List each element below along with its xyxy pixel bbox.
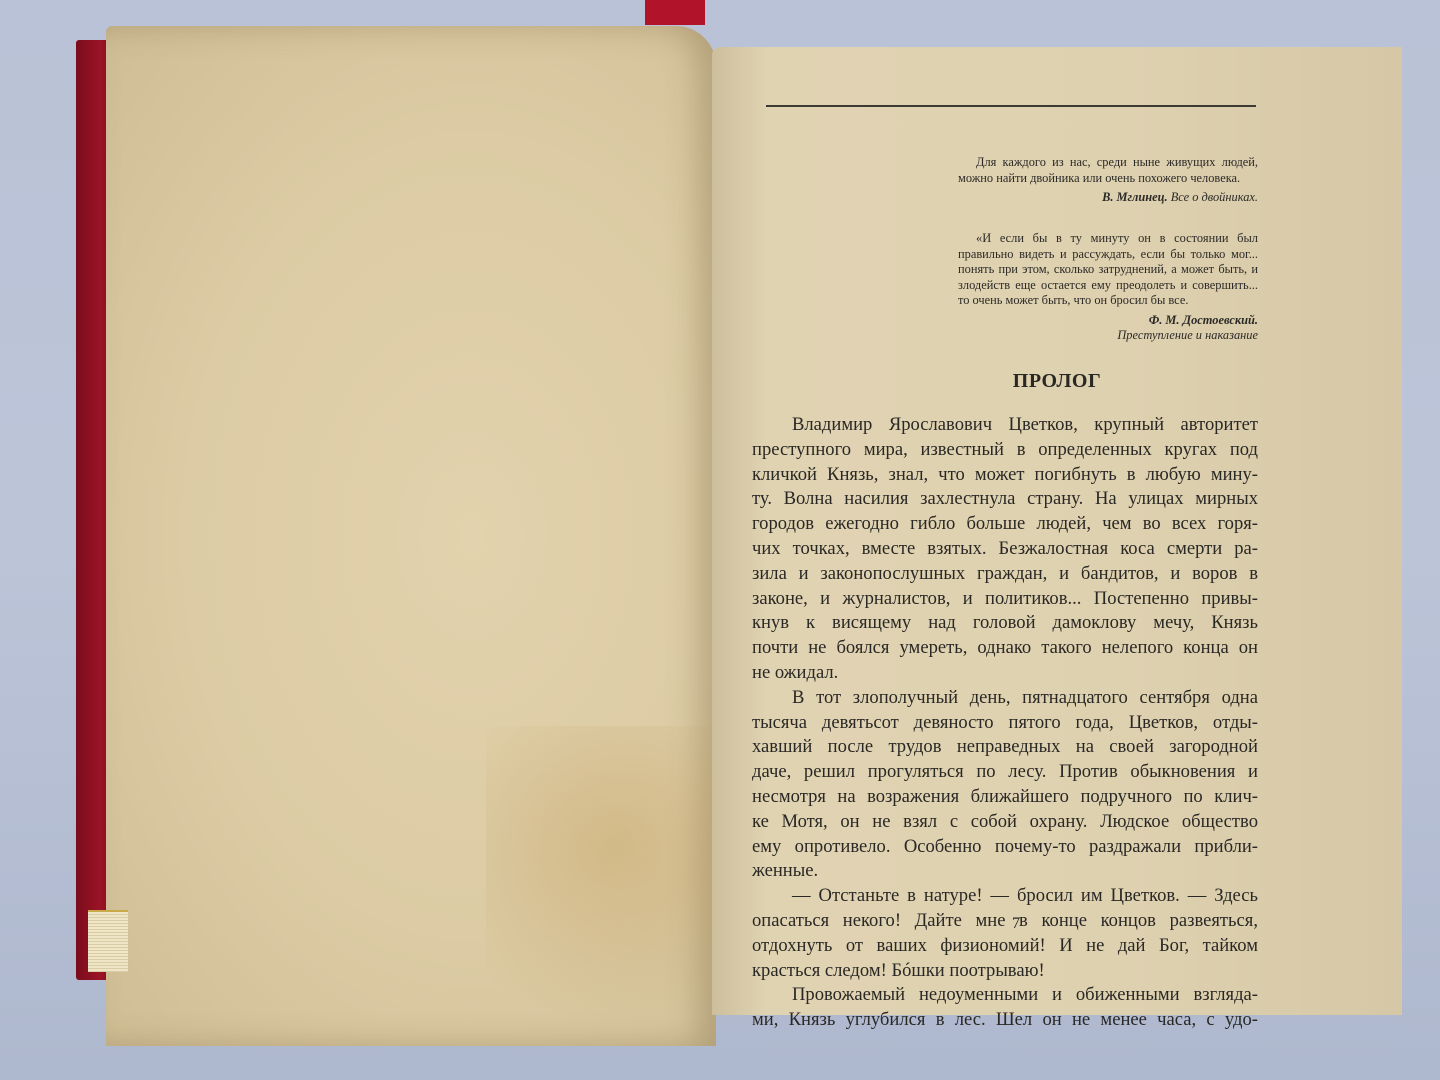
text-line: опасаться некого! Дайте мне в конце конц… (752, 909, 1258, 934)
text-line: не ожидал. (752, 661, 1258, 686)
left-page (106, 26, 716, 1046)
text-line: отдохнуть от ваших физиономий! И не дай … (752, 934, 1258, 959)
epigraph-1: Для каждого из нас, среди ныне живущих л… (958, 155, 1258, 206)
page-number: 7 (1012, 915, 1020, 933)
header-rule (766, 105, 1256, 107)
text-line: хавший после трудов неправедных на своей… (752, 735, 1258, 760)
text-line: ту. Волна насилия захлестнула страну. На… (752, 487, 1258, 512)
text-line: ми, Князь углубился в лес. Шел он не мен… (752, 1008, 1258, 1033)
text-line: В тот злополучный день, пятнадцатого сен… (752, 686, 1258, 711)
text-line: преступного мира, известный в определенн… (752, 438, 1258, 463)
epigraph-author: В. Мглинец. (1102, 190, 1168, 204)
epigraph-source: Все о двойниках. (1171, 190, 1258, 204)
page-edges (88, 910, 128, 972)
right-page: Для каждого из нас, среди ныне живущих л… (712, 47, 1402, 1015)
body-text: Владимир Ярославович Цветков, крупный ав… (752, 413, 1258, 1033)
text-line: тысяча девятьсот девяносто пятого года, … (752, 711, 1258, 736)
text-line: Провожаемый недоуменными и обиженными вз… (752, 983, 1258, 1008)
text-line: законе, и журналистов, и политиков... По… (752, 587, 1258, 612)
text-line: чих точках, вместе взятых. Безжалостная … (752, 537, 1258, 562)
text-line: зила и законопослушных граждан, и бандит… (752, 562, 1258, 587)
text-line: ему опротивело. Особенно почему-то раздр… (752, 835, 1258, 860)
epigraph-2: «И если бы в ту минуту он в состоянии бы… (958, 231, 1258, 344)
epigraph-attribution: В. Мглинец. Все о двойниках. (958, 190, 1258, 206)
epigraph-text: Для каждого из нас, среди ныне живущих л… (958, 155, 1258, 186)
text-line: ке Мотя, он не взял с собой охрану. Людс… (752, 810, 1258, 835)
epigraph-text: «И если бы в ту минуту он в состоянии бы… (958, 231, 1258, 309)
book-cover-top (645, 0, 705, 25)
text-line: Владимир Ярославович Цветков, крупный ав… (752, 413, 1258, 438)
text-line: кнув к висящему над головой дамоклову ме… (752, 611, 1258, 636)
text-line: почти не боялся умереть, однако такого н… (752, 636, 1258, 661)
text-line: красться следом! Бóшки поотрываю! (752, 959, 1258, 984)
text-line: несмотря на возражения ближайшего подруч… (752, 785, 1258, 810)
epigraph-source: Преступление и наказание (958, 328, 1258, 344)
text-line: даче, решил прогуляться по лесу. Против … (752, 760, 1258, 785)
epigraph-attribution: Ф. М. Достоевский. (958, 313, 1258, 329)
text-line: городов ежегодно гибло больше людей, чем… (752, 512, 1258, 537)
text-line: женные. (752, 859, 1258, 884)
text-line: кличкой Князь, знал, что может погибнуть… (752, 463, 1258, 488)
epigraph-author: Ф. М. Достоевский. (1149, 313, 1258, 327)
chapter-heading: ПРОЛОГ (712, 370, 1402, 393)
text-line: — Отстаньте в натуре! — бросил им Цветко… (752, 884, 1258, 909)
